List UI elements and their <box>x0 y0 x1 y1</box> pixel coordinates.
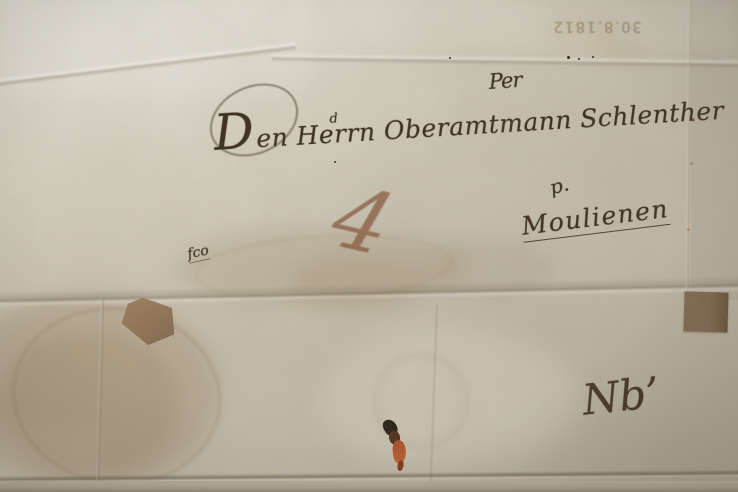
bottom-paper-strip <box>0 481 738 492</box>
address-superscript: d <box>329 111 338 127</box>
ink-speck <box>578 58 580 60</box>
rust-spot-on-right-crease-3 <box>687 228 690 231</box>
ink-speck <box>592 56 594 58</box>
letter-photo: 30.8.1812 Per Den Herrn Oberamtmann Schl… <box>0 0 738 492</box>
date-inscription-text: 30.8.1812 <box>552 18 642 36</box>
paper-highlight-top-band <box>280 0 738 52</box>
rust-spot-on-right-crease-2 <box>690 162 693 165</box>
ink-speck <box>567 56 570 59</box>
paper-tone-right-of-fold <box>691 0 738 300</box>
ink-speck <box>449 57 451 59</box>
wax-seal-remnant <box>381 416 419 473</box>
ink-speck <box>334 161 336 163</box>
wax-seal-tail <box>397 460 405 472</box>
fold-crease-top-right <box>272 52 738 69</box>
date-inscription-show-through: 30.8.1812 <box>552 18 642 37</box>
archival-tape-right <box>683 291 728 332</box>
corner-notation: Nb’ <box>580 368 662 425</box>
destination-name: Moulienen <box>520 194 671 243</box>
per-abbreviation: p. <box>547 171 571 199</box>
